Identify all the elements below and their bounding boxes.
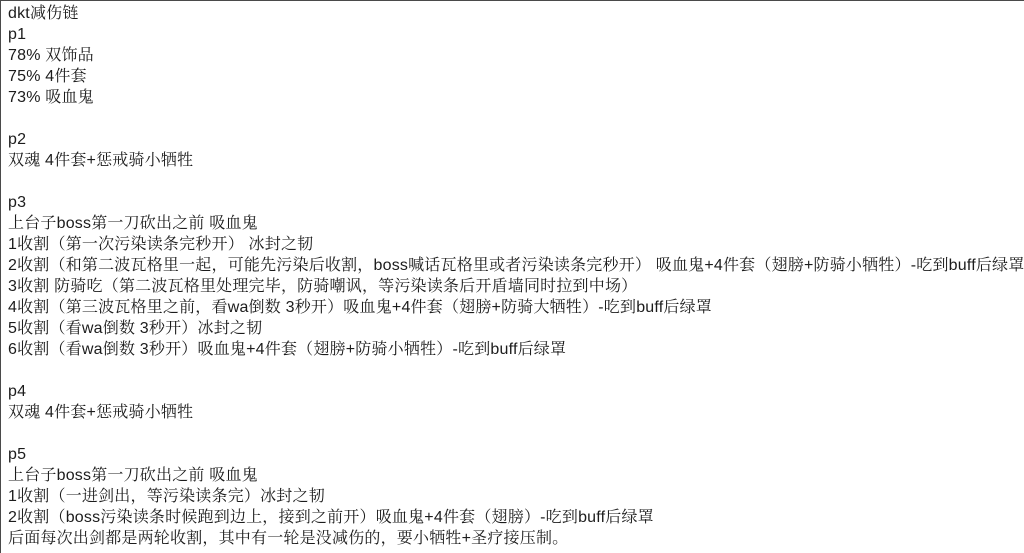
- text-line: p5: [8, 444, 1024, 465]
- text-line: p4: [8, 381, 1024, 402]
- text-line: 上台子boss第一刀砍出之前 吸血鬼: [8, 465, 1024, 486]
- text-line: p3: [8, 192, 1024, 213]
- text-line: dkt减伤链: [8, 3, 1024, 24]
- text-line: 1收割（一进剑出，等污染读条完）冰封之韧: [8, 486, 1024, 507]
- text-line: 75% 4件套: [8, 66, 1024, 87]
- text-line: [8, 108, 1024, 129]
- text-line: p1: [8, 24, 1024, 45]
- text-line: 2收割（boss污染读条时候跑到边上，接到之前开）吸血鬼+4件套（翅膀）-吃到b…: [8, 507, 1024, 528]
- text-line: [8, 423, 1024, 444]
- text-line: 73% 吸血鬼: [8, 87, 1024, 108]
- text-line: 上台子boss第一刀砍出之前 吸血鬼: [8, 213, 1024, 234]
- notepad-text-area[interactable]: dkt减伤链p178% 双饰品75% 4件套73% 吸血鬼 p2双魂 4件套+惩…: [0, 0, 1024, 553]
- text-line: 2收割（和第二波瓦格里一起，可能先污染后收割，boss喊话瓦格里或者污染读条完秒…: [8, 255, 1024, 276]
- text-line: 4收割（第三波瓦格里之前，看wa倒数 3秒开）吸血鬼+4件套（翅膀+防骑大牺牲）…: [8, 297, 1024, 318]
- text-line: [8, 171, 1024, 192]
- text-line: [8, 360, 1024, 381]
- text-line: p2: [8, 129, 1024, 150]
- text-line: 5收割（看wa倒数 3秒开）冰封之韧: [8, 318, 1024, 339]
- text-line: 78% 双饰品: [8, 45, 1024, 66]
- text-line: 后面每次出剑都是两轮收割，其中有一轮是没减伤的，要小牺牲+圣疗接压制。: [8, 528, 1024, 549]
- text-line: 1收割（第一次污染读条完秒开） 冰封之韧: [8, 234, 1024, 255]
- text-line: 双魂 4件套+惩戒骑小牺牲: [8, 150, 1024, 171]
- text-line: 3收割 防骑吃（第二波瓦格里处理完毕，防骑嘲讽，等污染读条后开盾墙同时拉到中场）: [8, 276, 1024, 297]
- text-line: 双魂 4件套+惩戒骑小牺牲: [8, 402, 1024, 423]
- text-line: 6收割（看wa倒数 3秒开）吸血鬼+4件套（翅膀+防骑小牺牲）-吃到buff后绿…: [8, 339, 1024, 360]
